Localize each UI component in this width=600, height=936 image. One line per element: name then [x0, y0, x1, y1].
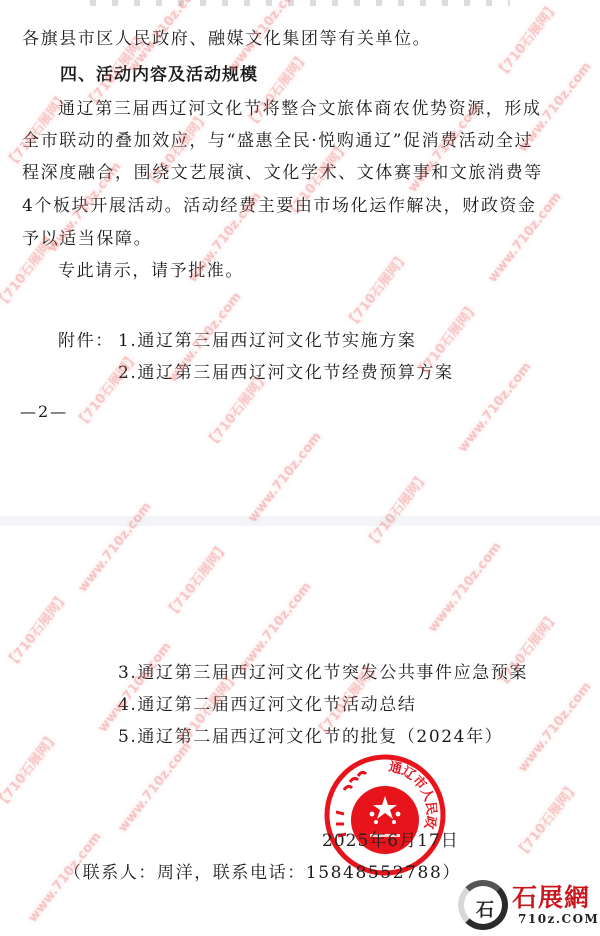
contact-info: （联系人：周洋，联系电话：15848552788）: [64, 858, 461, 883]
logo-chinese-name: 石展網: [512, 878, 590, 914]
attachments-label: 附件：: [58, 330, 114, 352]
site-logo[interactable]: 石 石展網 710z.COM: [458, 878, 598, 934]
logo-mark-icon: 石: [458, 880, 508, 930]
paragraph-line: 程深度融合，围绕文艺展演、文化学术、文体赛事和文旅消费等: [22, 162, 543, 184]
paragraph-line: 予以适当保障。: [22, 228, 152, 250]
attachment-item-2: 2.通辽第三届西辽河文化节经费预算方案: [118, 362, 454, 384]
request-approval-line: 专此请示，请予批准。: [58, 260, 244, 282]
attachment-item-3: 3.通辽第三届西辽河文化节突发公共事件应急预案: [118, 662, 528, 684]
page-separator: [0, 516, 600, 526]
logo-domain: 710z.COM: [518, 912, 599, 926]
attachment-item-5: 5.通辽第二届西辽河文化节的批复（2024年）: [118, 726, 503, 748]
paragraph-recipients: 各旗县市区人民政府、融媒文化集团等有关单位。: [22, 28, 431, 50]
paragraph-line: 通辽第三届西辽河文化节将整合文旅体商农优势资源，形成: [58, 98, 542, 120]
paragraph-line: 4个板块开展活动。活动经费主要由市场化运作解决，财政资金: [22, 195, 537, 217]
paragraph-line: 全市联动的叠加效应，与“盛惠全民·悦购通辽”促消费活动全过: [22, 130, 533, 152]
section-heading-4: 四、活动内容及活动规模: [60, 64, 258, 86]
page-number: —2—: [20, 402, 68, 421]
document-page-2: 各旗县市区人民政府、融媒文化集团等有关单位。 四、活动内容及活动规模 通辽第三届…: [0, 0, 600, 516]
attachment-item-4: 4.通辽第二届西辽河文化节活动总结: [118, 694, 416, 716]
logo-mark-glyph: 石: [476, 896, 494, 922]
cut-off-text-line: [90, 0, 510, 6]
attachment-item-1: 1.通辽第三届西辽河文化节实施方案: [118, 330, 416, 352]
document-date: 2025年6月17日: [322, 826, 459, 851]
